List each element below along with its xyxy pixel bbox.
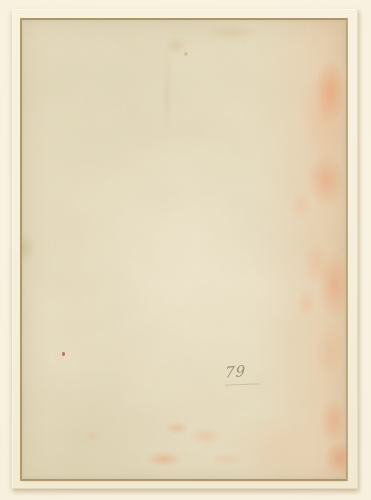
paper-verso: 79: [22, 20, 346, 479]
handwritten-inscription: 79: [225, 360, 265, 382]
paper-texture: [22, 20, 346, 479]
photo-of-framed-artwork: 79: [0, 0, 371, 500]
inscription-underline: [225, 383, 259, 385]
picture-frame: 79: [12, 9, 358, 489]
brown-speck: [62, 352, 65, 356]
